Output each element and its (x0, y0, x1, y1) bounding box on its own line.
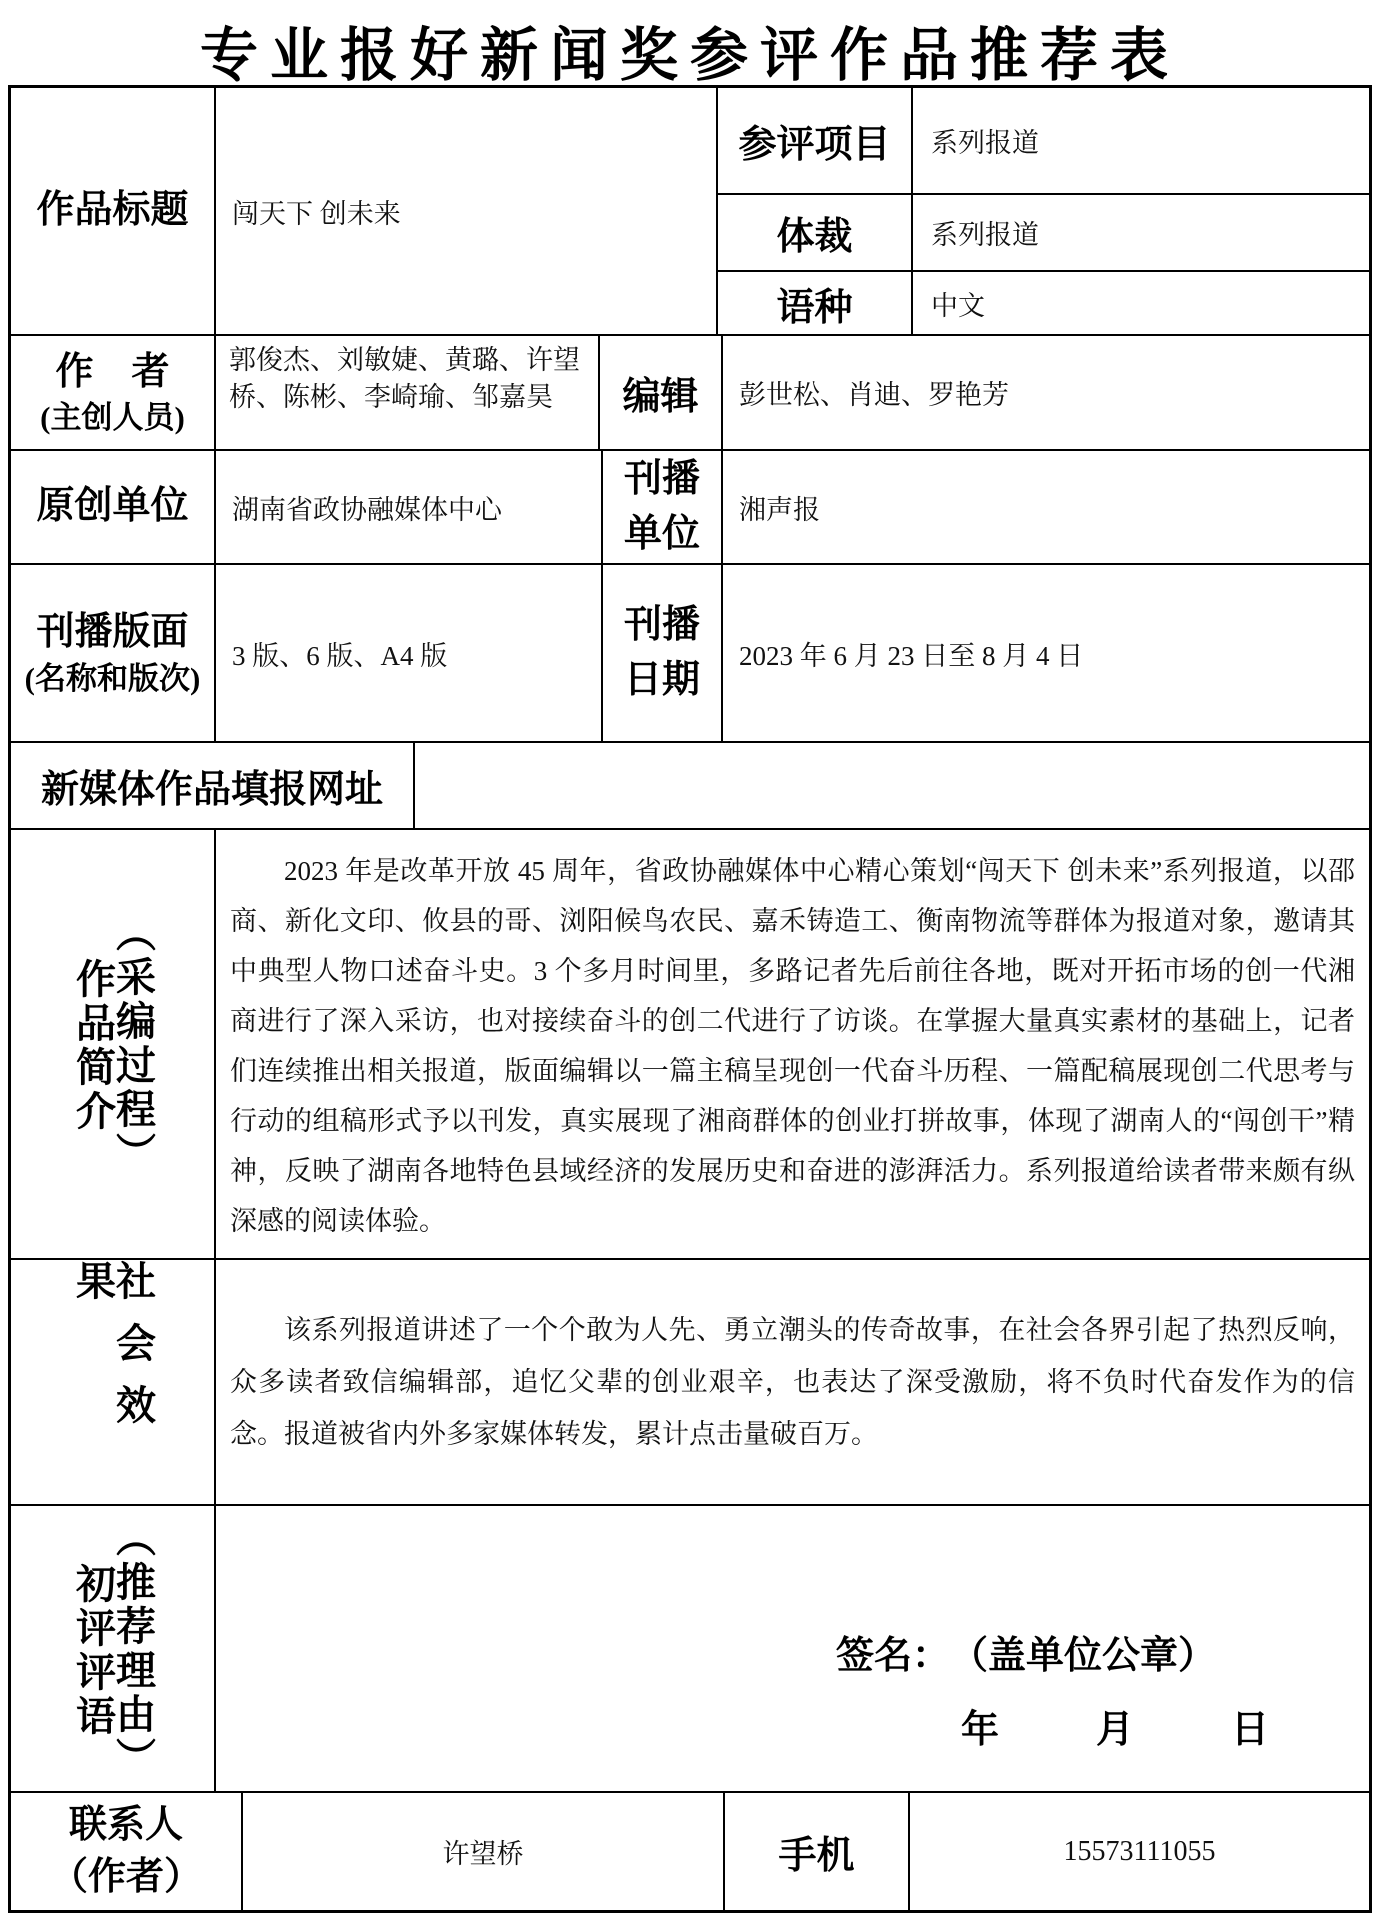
work-intro-label-col1: 作品简介 (73, 958, 113, 1134)
row-publish-page: 刊播版面 (名称和版次) 3 版、6 版、A4 版 刊播日期 2023 年 6 … (11, 565, 1369, 743)
row-work-title: 作品标题 闯天下 创未来 参评项目 系列报道 体裁 系列报道 语种 中文 (11, 88, 1369, 336)
entry-category-value: 系列报道 (913, 88, 1369, 193)
work-title-value: 闯天下 创未来 (216, 88, 718, 334)
initial-review-label-col1: 初评评语 (73, 1563, 113, 1739)
publish-unit-label: 刊播单位 (603, 451, 723, 563)
entry-info-group: 参评项目 系列报道 体裁 系列报道 语种 中文 (718, 88, 1369, 334)
new-media-url-label: 新媒体作品填报网址 (11, 743, 415, 828)
page-title: 专业报好新闻奖参评作品推荐表 (0, 0, 1380, 85)
work-intro-label-col2: （采编过程） (113, 912, 153, 1176)
publish-date-label: 刊播日期 (603, 565, 723, 741)
work-intro-text: 2023 年是改革开放 45 周年，省政协融媒体中心精心策划“闯天下 创未来”系… (230, 846, 1355, 1246)
authors-value: 郭俊杰、刘敏婕、黄璐、许望桥、陈彬、李崎瑜、邹嘉昊 (216, 336, 600, 449)
publish-unit-value: 湘声报 (723, 451, 1369, 563)
authors-label: 作 者 (主创人员) (11, 336, 216, 449)
publish-page-value: 3 版、6 版、A4 版 (216, 565, 603, 741)
work-intro-cell: 2023 年是改革开放 45 周年，省政协融媒体中心精心策划“闯天下 创未来”系… (216, 830, 1369, 1258)
initial-review-label: 初评评语 （推荐理由） (11, 1506, 216, 1791)
row-new-media-url: 新媒体作品填报网址 (11, 743, 1369, 830)
work-intro-label: 作品简介 （采编过程） (11, 830, 216, 1258)
work-title-label: 作品标题 (11, 88, 216, 334)
form-table: 作品标题 闯天下 创未来 参评项目 系列报道 体裁 系列报道 语种 中文 (8, 85, 1372, 1913)
language-row: 语种 中文 (718, 272, 1369, 334)
publish-page-label: 刊播版面 (名称和版次) (11, 565, 216, 741)
social-effect-label: 社会效果 (11, 1260, 216, 1504)
initial-review-label-col2: （推荐理由） (113, 1517, 153, 1781)
contact-value: 许望桥 (243, 1793, 725, 1910)
contact-label: 联系人 （作者） (11, 1793, 243, 1910)
row-contact: 联系人 （作者） 许望桥 手机 15573111055 (11, 1793, 1369, 1910)
genre-row: 体裁 系列报道 (718, 195, 1369, 272)
entry-category-label: 参评项目 (718, 88, 913, 193)
initial-review-cell: 签名： （盖单位公章） 年 月 日 (216, 1506, 1369, 1791)
row-authors: 作 者 (主创人员) 郭俊杰、刘敏婕、黄璐、许望桥、陈彬、李崎瑜、邹嘉昊 编辑 … (11, 336, 1369, 451)
phone-value: 15573111055 (910, 1793, 1369, 1910)
recommendation-form-page: 专业报好新闻奖参评作品推荐表 作品标题 闯天下 创未来 参评项目 系列报道 体裁… (0, 0, 1380, 1920)
signature-line: 签名： （盖单位公章） (836, 1624, 1216, 1679)
row-social-effect: 社会效果 该系列报道讲述了一个个敢为人先、勇立潮头的传奇故事，在社会各界引起了热… (11, 1260, 1369, 1506)
row-initial-review: 初评评语 （推荐理由） 签名： （盖单位公章） 年 月 日 (11, 1506, 1369, 1793)
row-original-unit: 原创单位 湖南省政协融媒体中心 刊播单位 湘声报 (11, 451, 1369, 565)
new-media-url-value (415, 743, 1369, 828)
publish-date-value: 2023 年 6 月 23 日至 8 月 4 日 (723, 565, 1369, 741)
original-unit-label: 原创单位 (11, 451, 216, 563)
language-value: 中文 (913, 272, 1369, 334)
social-effect-cell: 该系列报道讲述了一个个敢为人先、勇立潮头的传奇故事，在社会各界引起了热烈反响，众… (216, 1260, 1369, 1504)
date-line: 年 月 日 (961, 1698, 1295, 1753)
social-effect-text: 该系列报道讲述了一个个敢为人先、勇立潮头的传奇故事，在社会各界引起了热烈反响，众… (230, 1304, 1355, 1460)
genre-label: 体裁 (718, 195, 913, 270)
genre-value: 系列报道 (913, 195, 1369, 270)
phone-label: 手机 (725, 1793, 910, 1910)
original-unit-value: 湖南省政协融媒体中心 (216, 451, 603, 563)
editor-label: 编辑 (600, 336, 723, 449)
entry-category-row: 参评项目 系列报道 (718, 88, 1369, 195)
language-label: 语种 (718, 272, 913, 334)
editor-value: 彭世松、肖迪、罗艳芳 (723, 336, 1369, 449)
row-work-intro: 作品简介 （采编过程） 2023 年是改革开放 45 周年，省政协融媒体中心精心… (11, 830, 1369, 1260)
